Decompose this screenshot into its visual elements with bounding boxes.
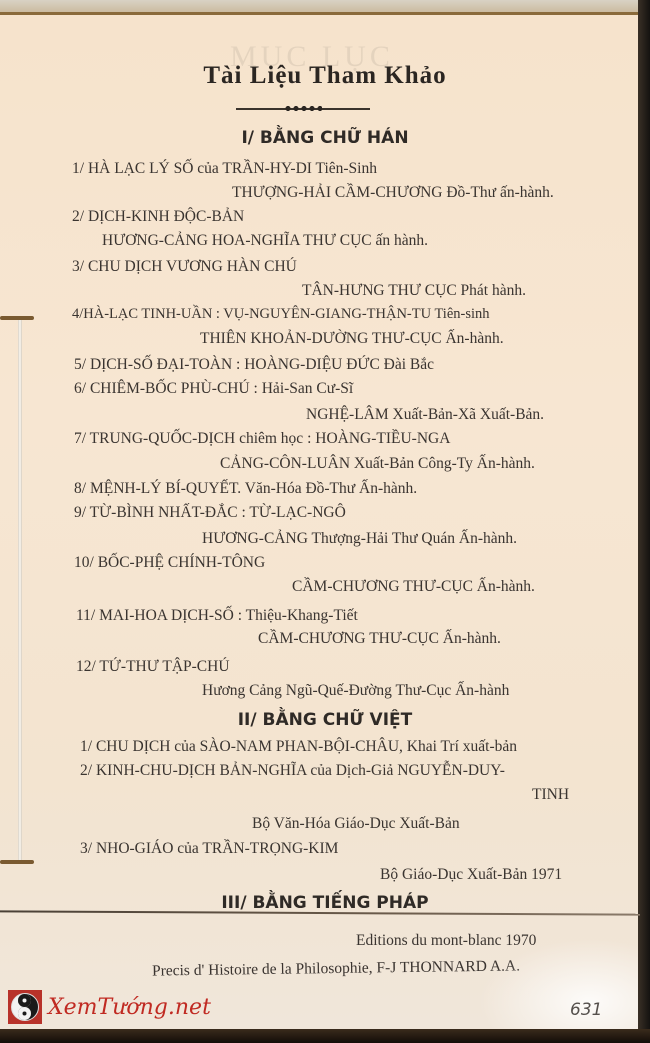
viet-entry-3-title: 3/ NHO-GIÁO của TRẦN-TRỌNG-KIM	[80, 840, 338, 858]
watermark-logo: XemTướng.net	[8, 990, 211, 1024]
entry-7-publisher: CẢNG-CÔN-LUÂN Xuất-Bản Công-Ty Ấn-hành.	[220, 455, 535, 473]
staple-icon	[0, 860, 34, 864]
entry-3-publisher: TÂN-HƯNG THƯ CỤC Phát hành.	[302, 282, 526, 300]
section-heading-han: I/ BẰNG CHỮ HÁN	[0, 128, 650, 148]
page-number: 631	[570, 1000, 602, 1020]
book-edge	[638, 0, 650, 1043]
entry-2-publisher: HƯƠNG-CẢNG HOA-NGHĨA THƯ CỤC ấn hành.	[102, 232, 428, 250]
entry-12-publisher: Hương Cảng Ngũ-Quế-Đường Thư-Cục Ấn-hành	[202, 682, 509, 700]
entry-11-title: 11/ MAI-HOA DỊCH-SỐ : Thiệu-Khang-Tiết	[76, 607, 358, 625]
entry-2-title: 2/ DỊCH-KINH ĐỘC-BẢN	[72, 208, 244, 226]
entry-10-publisher: CẦM-CHƯƠNG THƯ-CỤC Ấn-hành.	[292, 578, 535, 596]
yin-yang-icon	[11, 993, 39, 1021]
entry-7-title: 7/ TRUNG-QUỐC-DỊCH chiêm học : HOÀNG-TIỀ…	[74, 430, 450, 448]
entry-6-title: 6/ CHIÊM-BỐC PHÙ-CHÚ : Hải-San Cư-Sĩ	[74, 380, 353, 398]
viet-entry-2-publisher: Bộ Văn-Hóa Giáo-Dục Xuất-Bản	[252, 815, 460, 833]
entry-4-title: 4/HÀ-LẠC TINH-UẦN : VỤ-NGUYÊN-GIANG-THẬN…	[72, 306, 490, 323]
entry-9-title: 9/ TỪ-BÌNH NHẤT-ĐẮC : TỪ-LẠC-NGÔ	[74, 504, 346, 522]
section-heading-viet: II/ BẰNG CHỮ VIỆT	[0, 710, 650, 730]
entry-6-publisher: NGHỆ-LÂM Xuất-Bản-Xã Xuất-Bản.	[306, 406, 544, 424]
page-bottom-edge	[0, 1029, 650, 1043]
entry-1-publisher: THƯỢNG-HẢI CẦM-CHƯƠNG Đồ-Thư ấn-hành.	[232, 184, 554, 202]
watermark-text: XemTướng.net	[48, 995, 211, 1020]
entry-10-title: 10/ BỐC-PHỆ CHÍNH-TÔNG	[74, 554, 265, 572]
viet-entry-2-title: 2/ KINH-CHU-DỊCH BẢN-NGHĨA của Dịch-Giả …	[80, 762, 505, 780]
entry-8-title: 8/ MỆNH-LÝ BÍ-QUYẾT. Văn-Hóa Đồ-Thư Ấn-h…	[74, 480, 417, 498]
logo-badge	[8, 990, 42, 1024]
staple-icon	[0, 316, 34, 320]
entry-1-title: 1/ HÀ LẠC LÝ SỐ của TRẦN-HY-DI Tiên-Sinh	[72, 160, 377, 178]
entry-9-publisher: HƯƠNG-CẢNG Thượng-Hải Thư Quán Ấn-hành.	[202, 530, 517, 548]
viet-entry-2-title-cont: TINH	[532, 786, 569, 804]
entry-5-title: 5/ DỊCH-SỐ ĐẠI-TOÀN : HOÀNG-DIỆU ĐỨC Đài…	[74, 356, 434, 374]
page-binding	[18, 318, 22, 863]
page-title: Tài Liệu Tham Khảo	[0, 62, 650, 90]
entry-4-publisher: THIÊN KHOẢN-DƯỜNG THƯ-CỤC Ấn-hành.	[200, 330, 504, 348]
phap-entry-1-publisher: Editions du mont-blanc 1970	[356, 932, 536, 950]
entry-11-publisher: CẦM-CHƯƠNG THƯ-CỤC Ấn-hành.	[258, 630, 501, 648]
phap-entry-1-title-cut: 1/ Aptitudes et caractère par la physiog…	[92, 910, 474, 920]
viet-entry-1-title: 1/ CHU DỊCH của SÀO-NAM PHAN-BỘI-CHÂU, K…	[80, 738, 517, 756]
title-ornament-divider	[236, 108, 370, 110]
entry-12-title: 12/ TỨ-THƯ TẬP-CHÚ	[76, 658, 230, 676]
entry-3-title: 3/ CHU DỊCH VƯƠNG HÀN CHÚ	[72, 258, 297, 276]
viet-entry-3-publisher: Bộ Giáo-Dục Xuất-Bản 1971	[380, 866, 562, 884]
